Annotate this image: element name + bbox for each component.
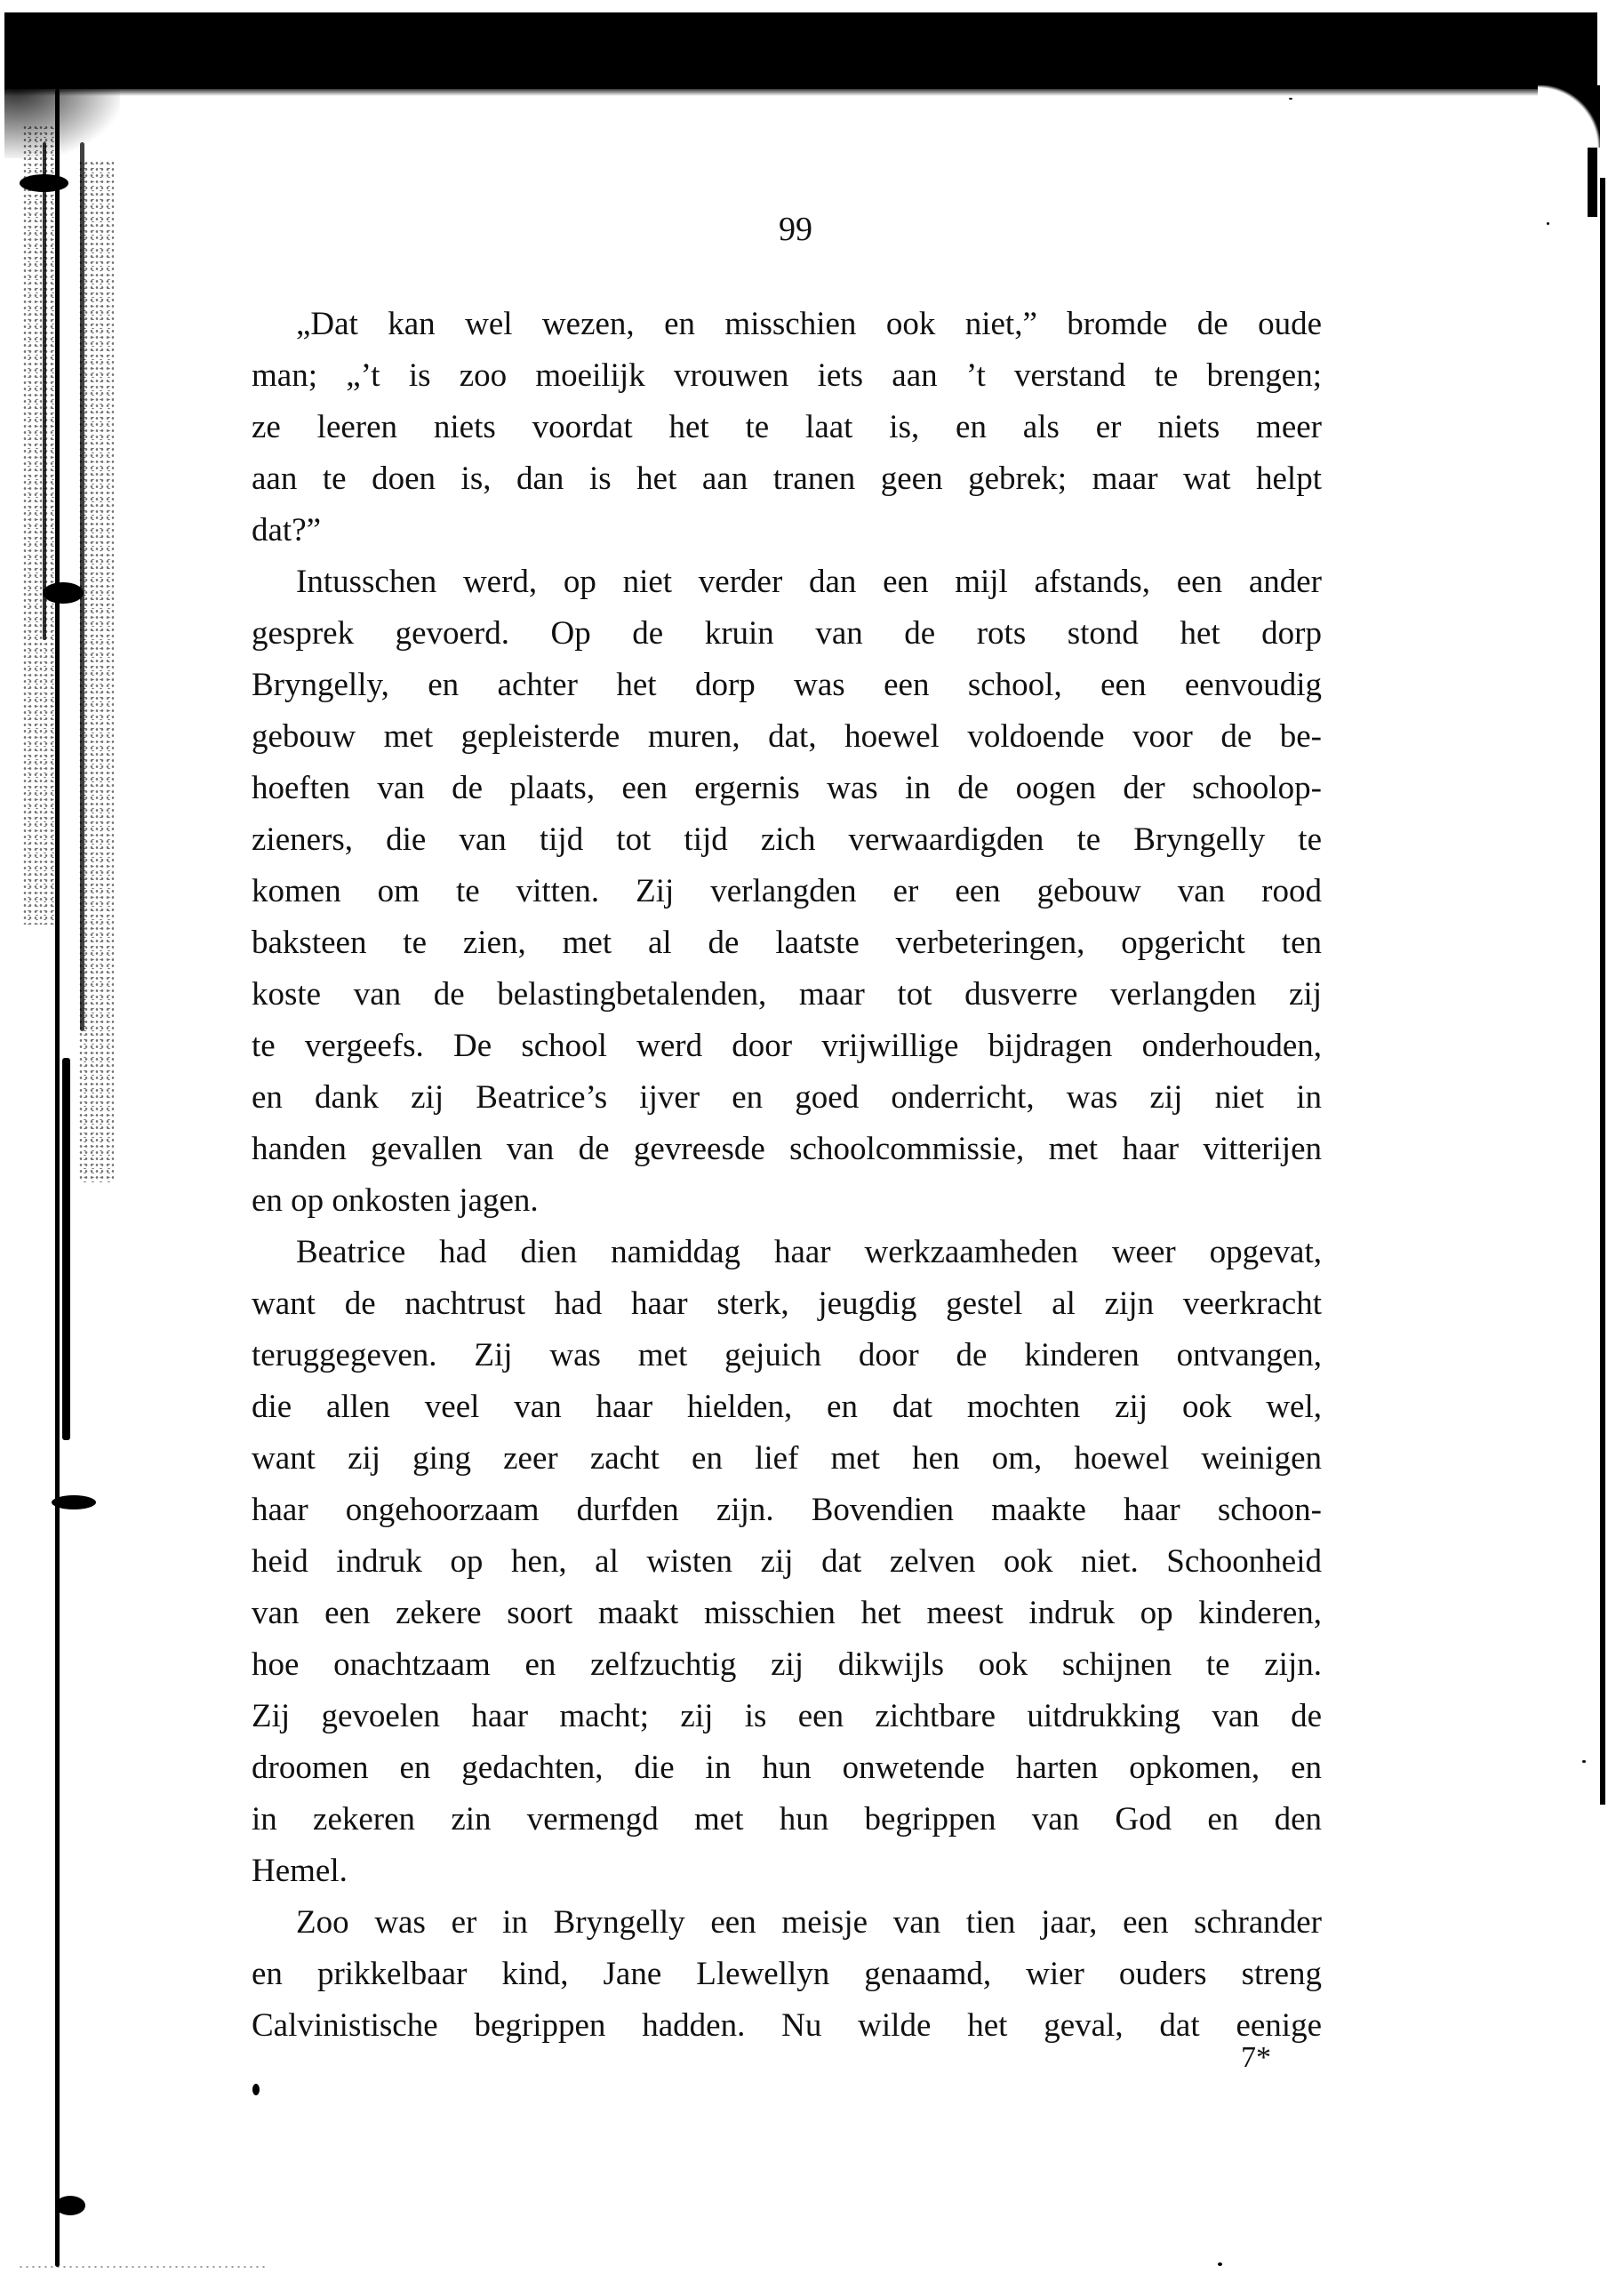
text-line: in zekeren zin vermengd met hun begrippe… (252, 1794, 1322, 1846)
text-line: Zij gevoelen haar macht; zij is een zich… (252, 1691, 1322, 1742)
text-line: hoeften van de plaats, een ergernis was … (252, 763, 1322, 814)
dust-speck (1582, 1760, 1586, 1763)
text-line: en prikkelbaar kind, Jane Llewellyn gena… (252, 1949, 1322, 2000)
text-line: Hemel. (252, 1846, 1322, 1897)
text-line: zieners, die van tijd tot tijd zich verw… (252, 814, 1322, 866)
paragraph: „Dat kan wel wezen, en misschien ook nie… (252, 299, 1322, 556)
scan-bottom-specks (18, 2265, 267, 2269)
text-line: Beatrice had dien namiddag haar werkzaam… (252, 1227, 1322, 1278)
scanned-page: 99 „Dat kan wel wezen, en misschien ook … (0, 0, 1624, 2282)
text-line: en dank zij Beatrice’s ijver en goed ond… (252, 1072, 1322, 1124)
text-line: ze leeren niets voordat het te laat is, … (252, 402, 1322, 453)
binding-speckle-right (78, 160, 114, 1182)
text-line: koste van de belastingbetalenden, maar t… (252, 969, 1322, 1021)
scan-page-corner (1538, 85, 1600, 148)
text-line: handen gevallen van de gevreesde schoolc… (252, 1124, 1322, 1175)
body-text: „Dat kan wel wezen, en misschien ook nie… (252, 299, 1322, 2052)
text-line: droomen en gedachten, die in hun onweten… (252, 1742, 1322, 1794)
text-line: en op onkosten jagen. (252, 1175, 1322, 1227)
ink-dot (252, 2084, 260, 2095)
text-line: teruggegeven. Zij was met gejuich door d… (252, 1330, 1322, 1381)
text-line: man; „’t is zoo moeilijk vrouwen iets aa… (252, 350, 1322, 402)
book-binding-strip (0, 89, 124, 2282)
binding-knot-top (20, 174, 68, 192)
text-line: komen om te vitten. Zij verlangden er ee… (252, 866, 1322, 917)
dust-speck (1547, 222, 1549, 225)
text-line: heid indruk op hen, al wisten zij dat ze… (252, 1536, 1322, 1588)
paragraph: Beatrice had dien namiddag haar werkzaam… (252, 1227, 1322, 1897)
text-line: aan te doen is, dan is het aan tranen ge… (252, 453, 1322, 505)
text-line: Intusschen werd, op niet verder dan een … (252, 556, 1322, 608)
dust-speck (1289, 98, 1292, 100)
page-number: 99 (0, 210, 1591, 249)
text-line: want de nachtrust had haar sterk, jeugdi… (252, 1278, 1322, 1330)
text-line: van een zekere soort maakt misschien het… (252, 1588, 1322, 1639)
text-line: baksteen te zien, met al de laatste verb… (252, 917, 1322, 969)
binding-thread-lower (62, 1058, 70, 1440)
paragraph: Zoo was er in Bryngelly een meisje van t… (252, 1897, 1322, 2052)
text-line: die allen veel van haar hielden, en dat … (252, 1381, 1322, 1433)
scan-right-edge (1600, 178, 1605, 1805)
text-line: gebouw met gepleisterde muren, dat, hoew… (252, 711, 1322, 763)
binding-knot-upper (43, 582, 84, 604)
text-line: Zoo was er in Bryngelly een meisje van t… (252, 1897, 1322, 1949)
dust-speck (1218, 2262, 1222, 2266)
text-line: „Dat kan wel wezen, en misschien ook nie… (252, 299, 1322, 350)
binding-knot-bottom (55, 2196, 85, 2215)
paragraph: Intusschen werd, op niet verder dan een … (252, 556, 1322, 1227)
binding-knot-middle (52, 1495, 96, 1509)
text-line: hoe onachtzaam en zelfzuchtig zij dikwij… (252, 1639, 1322, 1691)
scan-top-border (4, 12, 1597, 89)
text-line: Calvinistische begrippen hadden. Nu wild… (252, 2000, 1322, 2052)
text-line: gesprek gevoerd. Op de kruin van de rots… (252, 608, 1322, 660)
text-line: haar ongehoorzaam durfden zijn. Bovendie… (252, 1485, 1322, 1536)
text-line: want zij ging zeer zacht en lief met hen… (252, 1433, 1322, 1485)
signature-mark: 7* (1241, 2041, 1271, 2075)
text-line: Bryngelly, en achter het dorp was een sc… (252, 660, 1322, 711)
scan-top-shadow (4, 87, 1597, 96)
text-line: te vergeefs. De school werd door vrijwil… (252, 1021, 1322, 1072)
text-line: dat?” (252, 505, 1322, 556)
